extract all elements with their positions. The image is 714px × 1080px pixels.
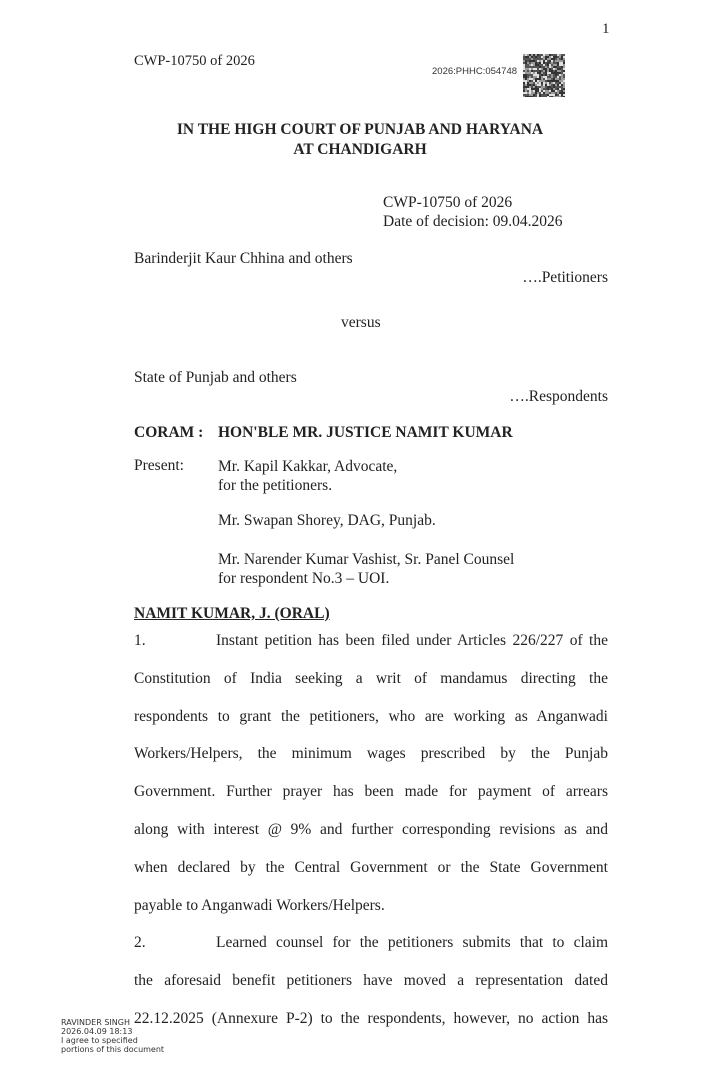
date-of-decision: Date of decision: 09.04.2026 bbox=[383, 212, 563, 231]
case-info-block: CWP-10750 of 2026 Date of decision: 09.0… bbox=[383, 193, 563, 231]
paragraph-number: 1. bbox=[134, 622, 216, 660]
counsel-entry: Mr. Kapil Kakkar, Advocate, for the peti… bbox=[218, 457, 397, 495]
counsel-entry: Mr. Narender Kumar Vashist, Sr. Panel Co… bbox=[218, 550, 514, 588]
coram-judge: HON'BLE MR. JUSTICE NAMIT KUMAR bbox=[218, 424, 513, 442]
versus-text: versus bbox=[341, 314, 381, 332]
paragraph-2: 2.Learned counsel for the petitioners su… bbox=[134, 924, 608, 1037]
court-title-line-1: IN THE HIGH COURT OF PUNJAB AND HARYANA bbox=[0, 120, 714, 140]
respondents-label: ….Respondents bbox=[509, 388, 608, 406]
page-number: 1 bbox=[602, 21, 610, 38]
case-number: CWP-10750 of 2026 bbox=[383, 193, 563, 212]
court-title-line-2: AT CHANDIGARH bbox=[0, 140, 714, 160]
neutral-citation: 2026:PHHC:054748 bbox=[432, 66, 517, 77]
respondent-name: State of Punjab and others bbox=[134, 369, 297, 387]
judgment-heading: NAMIT KUMAR, J. (ORAL) bbox=[134, 605, 330, 623]
coram-label: CORAM : bbox=[134, 424, 203, 442]
paragraph-1: 1.Instant petition has been filed under … bbox=[134, 622, 608, 924]
paragraph-number: 2. bbox=[134, 924, 216, 962]
header-case-reference: CWP-10750 of 2026 bbox=[134, 53, 255, 70]
petitioner-name: Barinderjit Kaur Chhina and others bbox=[134, 250, 353, 268]
petitioners-label: ….Petitioners bbox=[522, 269, 608, 287]
present-label: Present: bbox=[134, 457, 184, 475]
qr-code-icon bbox=[523, 54, 565, 97]
court-title: IN THE HIGH COURT OF PUNJAB AND HARYANA … bbox=[0, 120, 714, 160]
digital-signature-stamp: RAVINDER SINGH2026.04.09 18:13I agree to… bbox=[61, 1018, 164, 1054]
counsel-entry: Mr. Swapan Shorey, DAG, Punjab. bbox=[218, 511, 436, 530]
